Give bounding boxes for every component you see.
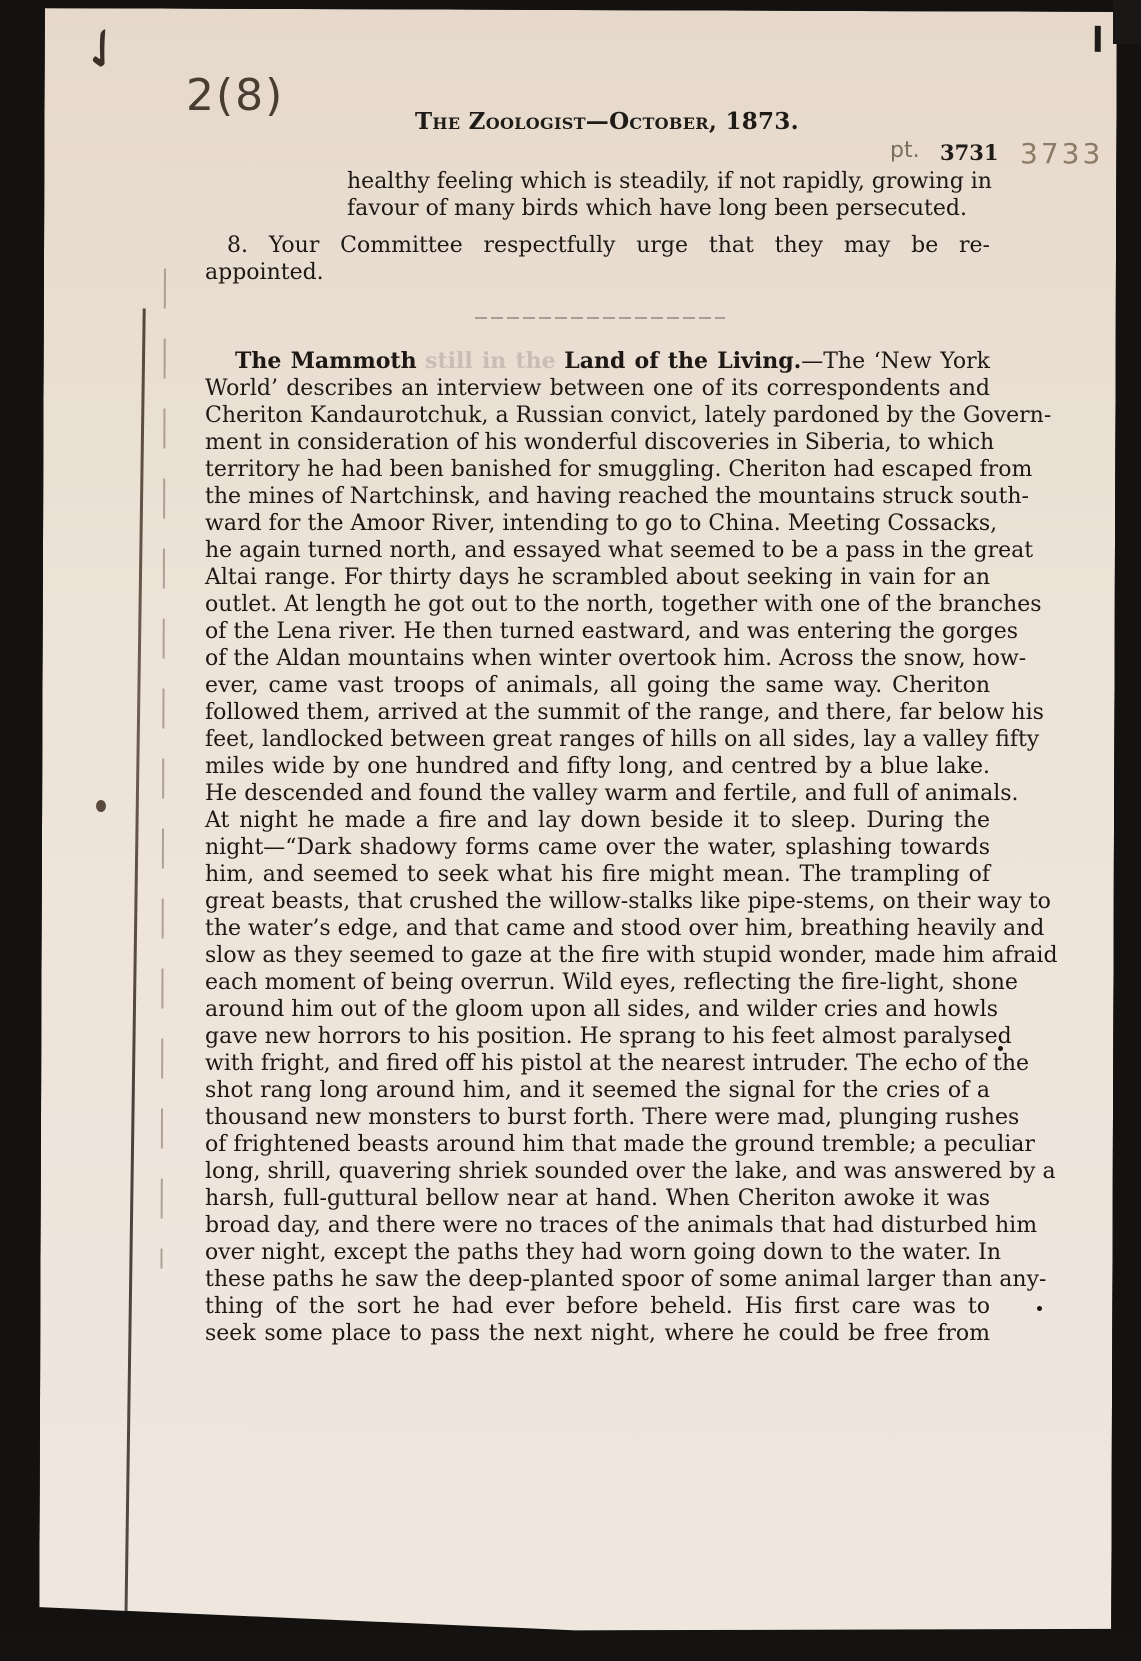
text-line: these paths he saw the deep-planted spoo… [205, 1266, 990, 1293]
text-line: of frightened beasts around him that mad… [205, 1131, 990, 1158]
text-line-content: Your Committee respectfully urge that th… [269, 233, 990, 258]
ink-speck [998, 1046, 1003, 1051]
pencil-annotation-page-number: 3733 [1020, 137, 1103, 170]
text-line: appointed. [205, 259, 990, 286]
text-line: ever, came vast troops of animals, all g… [205, 672, 990, 699]
edge-marker [1095, 26, 1101, 52]
text-line: he again turned north, and essayed what … [205, 537, 990, 564]
text-line: miles wide by one hundred and fifty long… [205, 753, 990, 780]
section-divider [475, 317, 725, 319]
pencil-annotation-reference: 2(8) [186, 70, 284, 121]
article-title-prefix: The Mammoth [235, 348, 417, 374]
text-line: 8. Your Committee respectfully urge that… [205, 232, 990, 259]
article-title-line: The Mammoth still in the Land of the Liv… [205, 348, 990, 375]
text-line: shot rang long around him, and it seemed… [205, 1077, 990, 1104]
text-line: territory he had been banished for smugg… [205, 456, 990, 483]
text-line: around him out of the gloom upon all sid… [205, 996, 990, 1023]
text-line: feet, landlocked between great ranges of… [205, 726, 990, 753]
text-line: healthy feeling which is steadily, if no… [205, 168, 990, 195]
text-line: over night, except the paths they had wo… [205, 1239, 990, 1266]
continued-paragraph: healthy feeling which is steadily, if no… [205, 168, 990, 222]
text-line: broad day, and there were no traces of t… [205, 1212, 990, 1239]
text-line: Cheriton Kandaurotchuk, a Russian convic… [205, 402, 990, 429]
numbered-paragraph: 8. Your Committee respectfully urge that… [205, 232, 990, 286]
corner-shadow [1113, 0, 1141, 44]
text-line: of the Lena river. He then turned eastwa… [205, 618, 990, 645]
binding-mark-right [1129, 892, 1134, 1592]
text-line: the mines of Nartchinsk, and having reac… [205, 483, 990, 510]
article-mammoth: The Mammoth still in the Land of the Liv… [205, 348, 990, 1347]
page-number: 3731 [940, 140, 998, 165]
text-line: the water’s edge, and that came and stoo… [205, 915, 990, 942]
text-line: outlet. At length he got out to the nort… [205, 591, 990, 618]
text-line: harsh, full-guttural bellow near at hand… [205, 1185, 990, 1212]
ink-speck [1037, 1306, 1042, 1311]
text-line: each moment of being overrun. Wild eyes,… [205, 969, 990, 996]
running-head: The Zoologist—October, 1873. [415, 108, 799, 135]
text-line: ment in consideration of his wonderful d… [205, 429, 990, 456]
text-line: followed them, arrived at the summit of … [205, 699, 990, 726]
article-title-suffix: Land of the Living. [564, 348, 801, 374]
article-title-faded: still in the [425, 348, 556, 374]
paragraph-number: 8. [227, 233, 248, 258]
text-line: World’ describes an interview between on… [205, 375, 990, 402]
text-line: favour of many birds which have long bee… [205, 195, 990, 222]
text-line: Altai range. For thirty days he scramble… [205, 564, 990, 591]
text-line: thing of the sort he had ever before beh… [205, 1293, 990, 1320]
text-line: of the Aldan mountains when winter overt… [205, 645, 990, 672]
text-line: him, and seemed to seek what his fire mi… [205, 861, 990, 888]
text-line: thousand new monsters to burst forth. Th… [205, 1104, 990, 1131]
text-line: with fright, and fired off his pistol at… [205, 1050, 990, 1077]
text-line: great beasts, that crushed the willow-st… [205, 888, 990, 915]
text-line: gave new horrors to his position. He spr… [205, 1023, 990, 1050]
text-line: slow as they seemed to gaze at the fire … [205, 942, 990, 969]
pencil-annotation-prefix: pt. [890, 138, 920, 163]
text-line: night—“Dark shadowy forms came over the … [205, 834, 990, 861]
text-line: long, shrill, quavering shriek sounded o… [205, 1158, 990, 1185]
text-line: seek some place to pass the next night, … [205, 1320, 990, 1347]
binding-mark-left [124, 308, 145, 1628]
text-line-content: —The ‘New York [801, 349, 990, 374]
scan-background-bottom [0, 1631, 1141, 1661]
text-line: ward for the Amoor River, intending to g… [205, 510, 990, 537]
text-line: At night he made a fire and lay down bes… [205, 807, 990, 834]
text-line: He descended and found the valley warm a… [205, 780, 990, 807]
ink-blot [96, 800, 106, 812]
binding-mark-left-faint [160, 269, 165, 1269]
